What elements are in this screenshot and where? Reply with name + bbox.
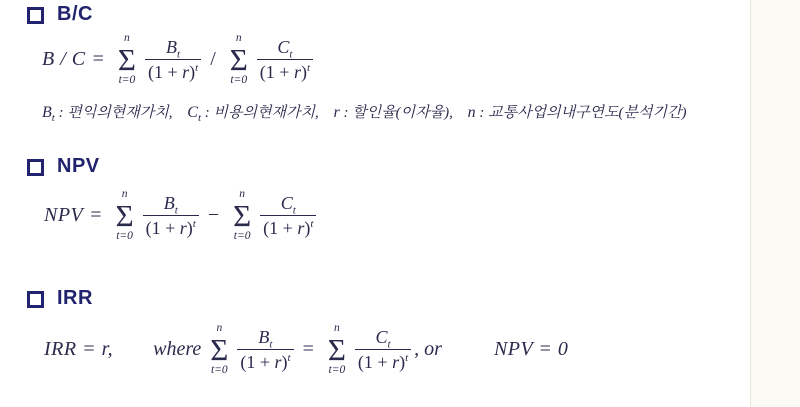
sigma-icon: Σ [228, 45, 250, 76]
fraction-denominator: (1 + r)t [260, 216, 316, 239]
square-bullet-icon [27, 7, 44, 24]
or-keyword: , or [414, 338, 442, 361]
page-right-margin [751, 0, 800, 407]
superscript-t: t [288, 352, 291, 364]
legend-item-cost: Ct : 비용의현재가치, [187, 105, 318, 121]
benefit-symbol: B [166, 37, 177, 57]
fraction-numerator: Bt [250, 327, 280, 350]
period-symbol: n [468, 104, 476, 121]
superscript-t: t [307, 62, 310, 74]
sum-lower-limit: t=0 [116, 231, 133, 243]
npv-formula: NPV = n Σ t=0 Bt (1 + r)t − n Σ t=0 Ct (… [44, 189, 318, 243]
cost-symbol: C [277, 37, 289, 57]
equals-sign: = [303, 338, 314, 361]
fraction-denominator: (1 + r)t [237, 350, 293, 373]
den-open: (1 + [358, 352, 392, 372]
fraction-numerator: Bt [158, 37, 188, 60]
fraction-numerator: Ct [367, 327, 398, 350]
equals-sign: = [90, 204, 101, 227]
summation: n Σ t=0 [208, 323, 230, 377]
section-heading-npv: NPV [27, 155, 100, 178]
legend-text: : 편익의현재가치, [55, 105, 173, 121]
division-slash: / [210, 48, 216, 71]
fraction-numerator: Bt [156, 193, 186, 216]
fraction-denominator: (1 + r)t [145, 60, 201, 83]
section-title: IRR [57, 287, 93, 310]
sum-lower-limit: t=0 [329, 365, 346, 377]
discount-rate-symbol: r [275, 352, 282, 372]
superscript-t: t [195, 62, 198, 74]
legend-item-period: n : 교통사업의내구연도(분석기간) [468, 105, 687, 121]
den-open: (1 + [148, 62, 182, 82]
cost-fraction: Ct (1 + r)t [260, 193, 316, 239]
minus-sign: − [208, 204, 219, 227]
benefit-fraction: Bt (1 + r)t [237, 327, 293, 373]
den-open: (1 + [263, 218, 297, 238]
superscript-t: t [405, 352, 408, 364]
cost-symbol: C [281, 193, 293, 213]
superscript-t: t [310, 218, 313, 230]
npv-zero-condition: NPV = 0 [494, 338, 568, 361]
fraction-numerator: Ct [269, 37, 300, 60]
den-open: (1 + [240, 352, 274, 372]
legend-item-benefit: Bt : 편익의현재가치, [42, 105, 173, 121]
section-title: NPV [57, 155, 100, 178]
equals-sign: = [93, 48, 104, 71]
benefit-symbol: B [42, 104, 52, 121]
cost-fraction: Ct (1 + r)t [257, 37, 313, 83]
variable-legend: Bt : 편익의현재가치, Ct : 비용의현재가치, r : 할인율(이자율)… [42, 101, 697, 122]
fraction-denominator: (1 + r)t [355, 350, 411, 373]
benefit-fraction: Bt (1 + r)t [145, 37, 201, 83]
sigma-icon: Σ [231, 201, 253, 232]
sigma-icon: Σ [326, 335, 348, 366]
sigma-icon: Σ [116, 45, 138, 76]
page-edge-line [750, 0, 751, 407]
cost-symbol: C [187, 104, 198, 121]
benefit-symbol: B [258, 327, 269, 347]
summation: n Σ t=0 [228, 33, 250, 87]
irr-lhs: IRR = r, [44, 338, 113, 361]
sigma-icon: Σ [114, 201, 136, 232]
benefit-symbol: B [164, 193, 175, 213]
sum-lower-limit: t=0 [230, 75, 247, 87]
sigma-icon: Σ [208, 335, 230, 366]
sum-lower-limit: t=0 [234, 231, 251, 243]
cost-symbol: C [375, 327, 387, 347]
where-keyword: where [153, 338, 201, 361]
bc-formula: B / C = n Σ t=0 Bt (1 + r)t / n Σ t=0 Ct… [42, 33, 315, 87]
section-heading-irr: IRR [27, 287, 93, 310]
fraction-denominator: (1 + r)t [143, 216, 199, 239]
square-bullet-icon [27, 159, 44, 176]
sum-lower-limit: t=0 [119, 75, 136, 87]
legend-text: : 교통사업의내구연도(분석기간) [476, 105, 687, 121]
irr-formula: IRR = r, where n Σ t=0 Bt (1 + r)t = n Σ… [44, 323, 568, 377]
summation: n Σ t=0 [326, 323, 348, 377]
legend-text: : 비용의현재가치, [201, 105, 319, 121]
section-title: B/C [57, 3, 93, 26]
npv-lhs: NPV [44, 204, 83, 227]
fraction-denominator: (1 + r)t [257, 60, 313, 83]
square-bullet-icon [27, 291, 44, 308]
superscript-t: t [193, 218, 196, 230]
summation: n Σ t=0 [116, 33, 138, 87]
cost-fraction: Ct (1 + r)t [355, 327, 411, 373]
summation: n Σ t=0 [231, 189, 253, 243]
benefit-fraction: Bt (1 + r)t [143, 193, 199, 239]
legend-item-rate: r : 할인율(이자율), [333, 105, 452, 121]
document-page: B/C B / C = n Σ t=0 Bt (1 + r)t / n Σ t=… [0, 0, 800, 407]
discount-rate-symbol: r [180, 218, 187, 238]
section-heading-bc: B/C [27, 3, 93, 26]
fraction-numerator: Ct [273, 193, 304, 216]
bc-lhs: B / C [42, 48, 86, 71]
legend-text: : 할인율(이자율), [340, 105, 453, 121]
den-open: (1 + [146, 218, 180, 238]
discount-rate-symbol: r [294, 62, 301, 82]
den-open: (1 + [260, 62, 294, 82]
summation: n Σ t=0 [114, 189, 136, 243]
sum-lower-limit: t=0 [211, 365, 228, 377]
